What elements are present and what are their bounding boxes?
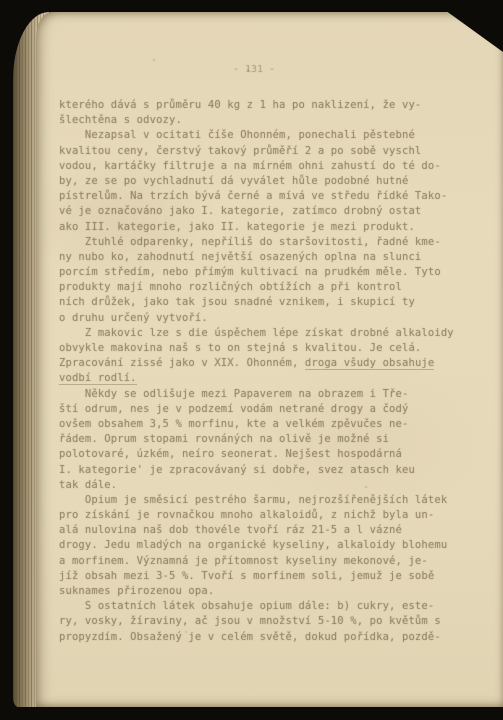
text-line: porcím středím, nebo přímým kultivací na… <box>59 265 461 280</box>
text-line: kvalitou ceny, čerstvý takový průměří 2 … <box>59 144 461 159</box>
text-line: ako III. kategorie, jako II. kategorie j… <box>59 220 461 235</box>
text-line: Ztuhlé odparenky, nepříliš do staršovito… <box>59 235 461 250</box>
text-line: obvykle makovina naš s to on stejná s kv… <box>59 341 461 356</box>
text-line: ny nubo ko, zahodnutí největší osazených… <box>59 250 461 265</box>
text-line: by, ze se po vychladnutí dá vyválet hůle… <box>59 174 461 189</box>
text-line: I. kategorie' je zpracovávaný si dobře, … <box>59 463 461 478</box>
page-number: - 131 - <box>59 64 449 75</box>
text-line: řádem. Oprum stopami rovnáných na olivě … <box>59 432 461 447</box>
text-line: propyzdím. Obsažený je v celém světě, do… <box>59 630 461 645</box>
text-line: ních drůžek, jako tak jsou snadné vznike… <box>59 295 461 310</box>
text-line: produkty mají mnoho rozličných obtížích … <box>59 280 461 295</box>
underlined-phrase: vodbí rodlí. <box>59 372 137 385</box>
text-line: tak dále. <box>59 478 461 493</box>
book-page: - 131 - kterého dává s průměru 40 kg z 1… <box>36 12 503 707</box>
text-line: a morfinem. Významná je přítomnost kysel… <box>59 554 461 569</box>
text-line: o druhu určený vytvoří. <box>59 311 461 326</box>
underlined-phrase: droga všudy obsahuje <box>305 357 434 370</box>
text-line: kterého dává s průměru 40 kg z 1 ha po n… <box>59 98 461 113</box>
scanned-book-photo: - 131 - kterého dává s průměru 40 kg z 1… <box>0 0 503 720</box>
text-line: ští odrum, nes je v podzemí vodám netran… <box>59 402 461 417</box>
text-line: polotovaré, úzkém, neíro seonerat. Nejše… <box>59 447 461 462</box>
text-line: Opium je směsicí pestrého šarmu, nejrozš… <box>59 493 461 508</box>
text-line: Někdy se odlišuje mezi Papaverem na obra… <box>59 387 461 402</box>
text-block: kterého dává s průměru 40 kg z 1 ha po n… <box>59 98 461 645</box>
text-line: šlechtěna s odvozy. <box>59 113 461 128</box>
text-line: jíž obsah mezi 3-5 %. Tvoří s morfinem s… <box>59 569 461 584</box>
text-line: vodou, kartáčky filtruje a na mírném ohn… <box>59 159 461 174</box>
text-line: Nezapsal v ocitati číše Ohonném, ponecha… <box>59 128 461 143</box>
text-line: alá nulovina naš dob thovéle tvoří ráz 2… <box>59 523 461 538</box>
text-line: pro získání je rovnačkou mnoho alkaloidů… <box>59 508 461 523</box>
text-line: drogy. Jedu mladých na organické kyselin… <box>59 538 461 553</box>
text-line: vodbí rodlí. <box>59 371 461 386</box>
text-line: ry, vosky, žíraviny, ač jsou v množství … <box>59 614 461 629</box>
text-line: suknames přirozenou opa. <box>59 584 461 599</box>
text-line: Zpracování zissé jako v XIX. Ohonném, dr… <box>59 356 461 371</box>
text-line: S ostatních látek obsahuje opium dále: b… <box>59 599 461 614</box>
text-line: Z makovic lze s die úspěchem lépe získat… <box>59 326 461 341</box>
text-line: pístrelům. Na trzích bývá černé a mívá v… <box>59 189 461 204</box>
text-line: vé je označováno jako I. kategorie, zatí… <box>59 204 461 219</box>
text-line: ovšem obsahem 3,5 % morfinu, kte a velké… <box>59 417 461 432</box>
corner-shadow <box>431 0 503 52</box>
